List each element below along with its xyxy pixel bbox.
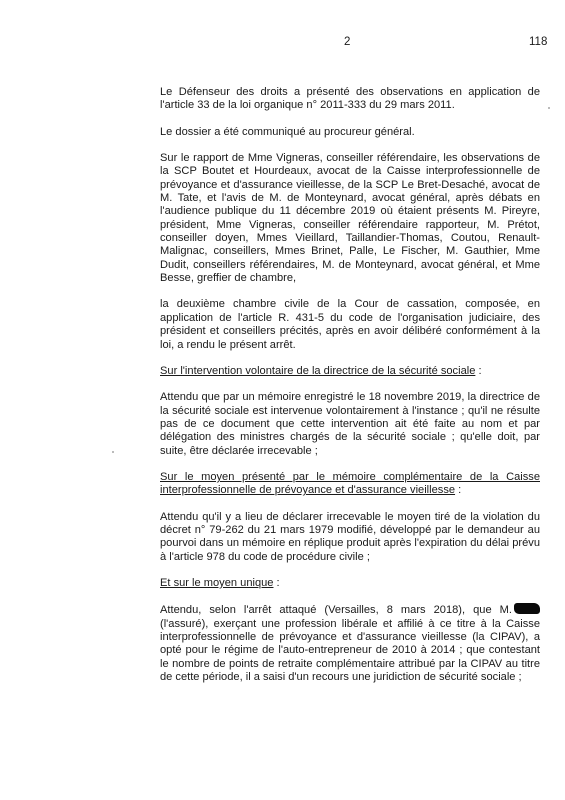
scan-speck <box>112 451 114 453</box>
section-heading-intervention: Sur l'intervention volontaire de la dire… <box>160 365 540 378</box>
document-body: Le Défenseur des droits a présenté des o… <box>160 86 540 697</box>
page-number: 2 <box>344 36 350 48</box>
paragraph-text-before: Attendu, selon l'arrêt attaqué (Versaill… <box>160 604 512 616</box>
redaction-mark <box>514 603 540 614</box>
paragraph-chambre: la deuxième chambre civile de la Cour de… <box>160 298 540 351</box>
paragraph-intervention: Attendu que par un mémoire enregistré le… <box>160 391 540 458</box>
heading-text: Sur l'intervention volontaire de la dire… <box>160 365 475 377</box>
heading-suffix: : <box>455 484 461 496</box>
section-heading-moyen-complementaire: Sur le moyen présenté par le mémoire com… <box>160 471 540 498</box>
paragraph-attendu: Attendu, selon l'arrêt attaqué (Versaill… <box>160 603 540 684</box>
heading-suffix: : <box>475 365 481 377</box>
paragraph-text-after: (l'assuré), exerçant une profession libé… <box>160 618 540 683</box>
heading-text: Sur le moyen présenté par le mémoire com… <box>160 471 540 496</box>
scan-speck <box>548 107 550 109</box>
paragraph-irrecevable: Attendu qu'il y a lieu de déclarer irrec… <box>160 511 540 564</box>
paragraph-defenseur: Le Défenseur des droits a présenté des o… <box>160 86 540 113</box>
heading-suffix: : <box>273 577 279 589</box>
heading-text: Et sur le moyen unique <box>160 577 273 589</box>
document-number: 118 <box>529 36 547 48</box>
section-heading-moyen-unique: Et sur le moyen unique : <box>160 577 540 590</box>
document-page: 2 118 Le Défenseur des droits a présenté… <box>0 0 565 800</box>
paragraph-rapport: Sur le rapport de Mme Vigneras, conseill… <box>160 152 540 285</box>
paragraph-dossier: Le dossier a été communiqué au procureur… <box>160 126 540 139</box>
